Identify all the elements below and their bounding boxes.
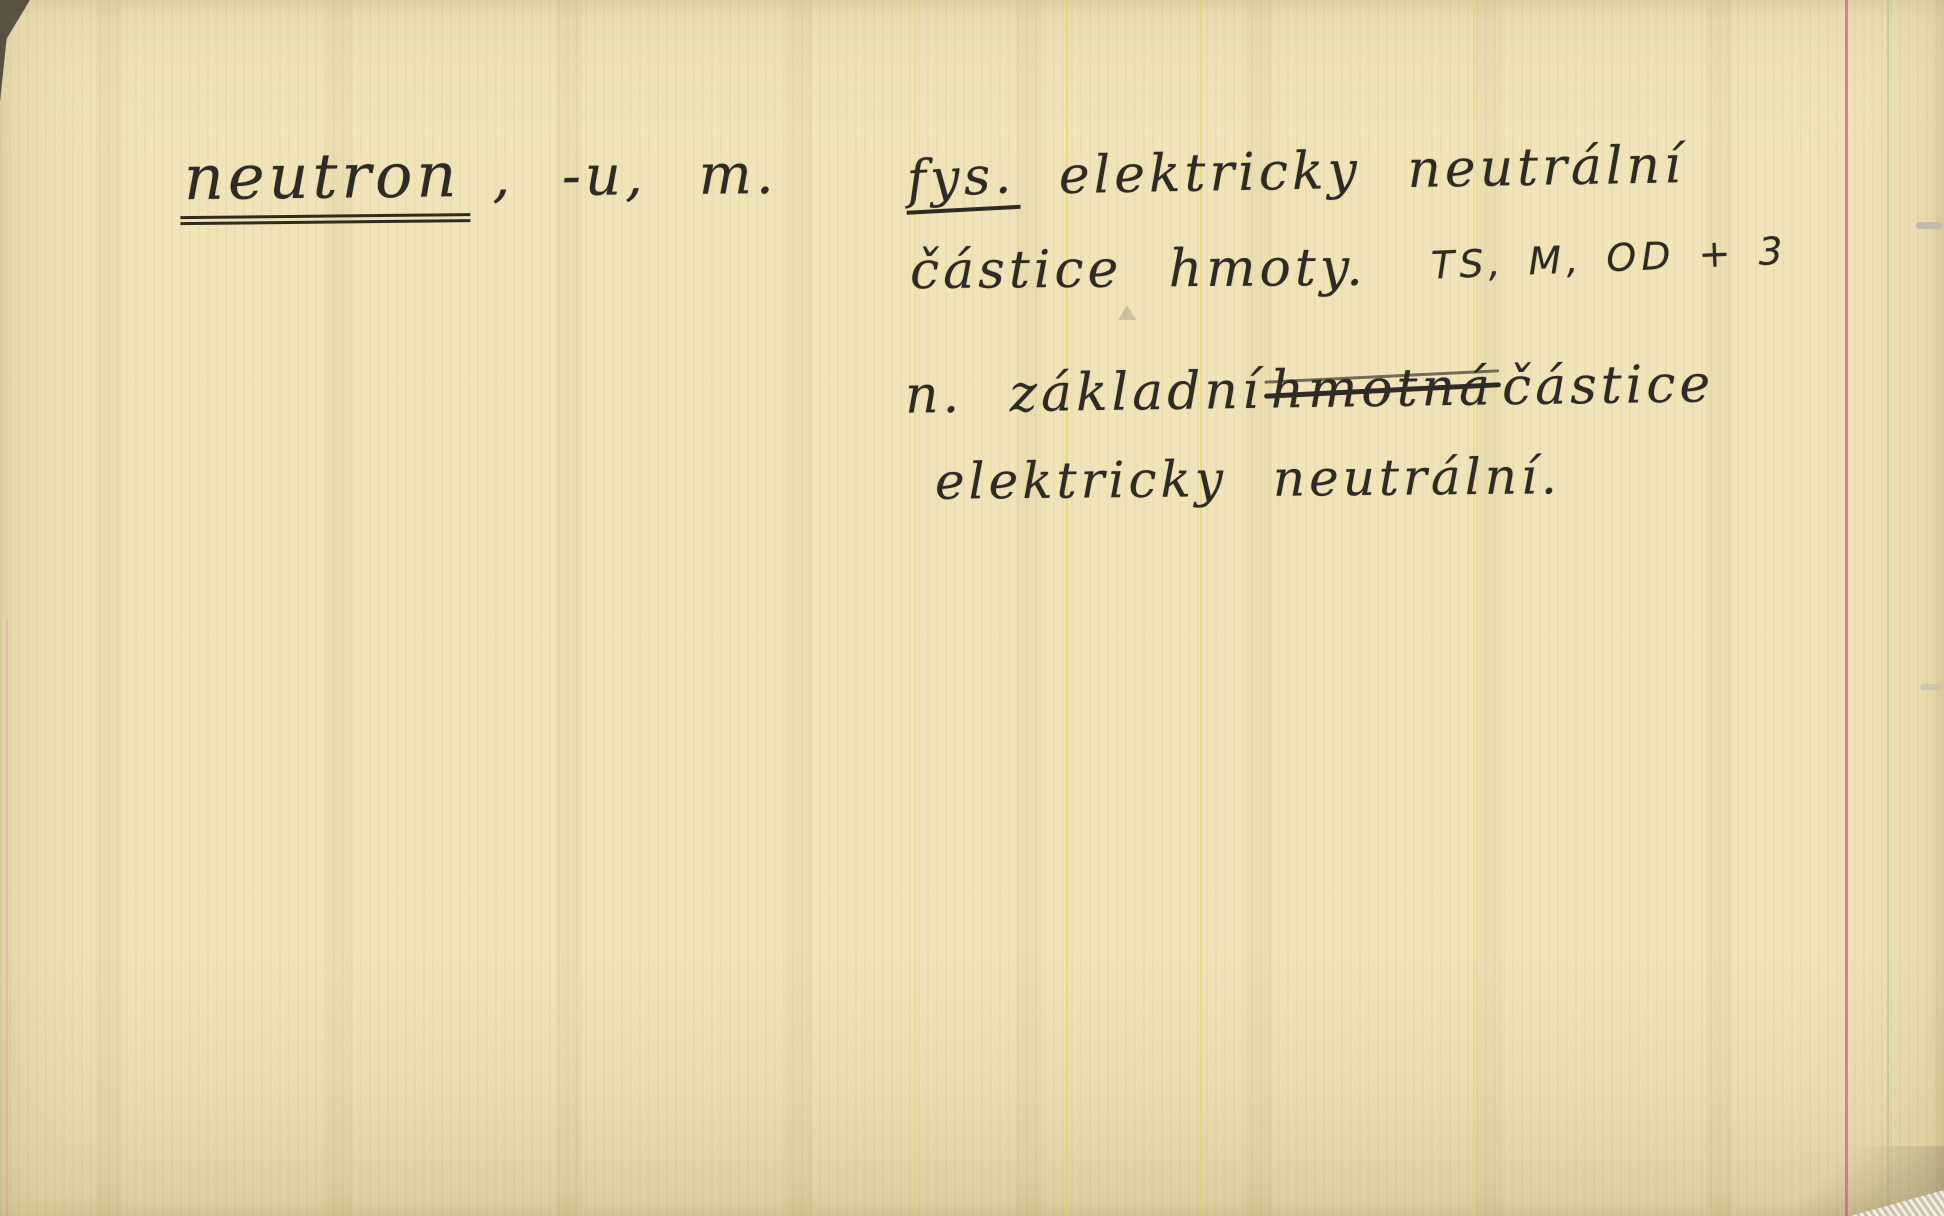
headword: neutron bbox=[180, 138, 471, 225]
definition-line-1: fys.elektricky neutrální bbox=[905, 135, 1686, 213]
domain-label: fys. bbox=[903, 145, 1020, 215]
definition-text-3a: n. základní bbox=[905, 361, 1263, 426]
ruled-line-vertical-pink bbox=[1845, 0, 1848, 1216]
left-edge-pink-line bbox=[6, 620, 8, 1216]
scan-mark-right-edge-1 bbox=[1916, 222, 1942, 229]
scan-corner-artifact-top-left bbox=[0, 0, 30, 102]
ruled-line-vertical-green bbox=[1887, 0, 1889, 1216]
definition-text-2: částice hmoty. bbox=[910, 238, 1367, 301]
definition-text-3b: částice bbox=[1502, 354, 1715, 417]
gender-abbreviation: m. bbox=[698, 142, 778, 208]
definition-line-2: částice hmoty.TS, M, OD + 3 bbox=[910, 235, 1788, 301]
paper-artifact-triangle bbox=[1118, 305, 1136, 320]
definition-line-4: elektricky neutrální. bbox=[935, 447, 1561, 510]
struck-word: hmotná bbox=[1270, 357, 1494, 420]
definition-line-3: n. základníhmotnáčástice bbox=[905, 354, 1715, 425]
definition-text-4: elektricky neutrální. bbox=[935, 447, 1561, 510]
index-card-scan: neutron, -u,m. fys.elektricky neutrální … bbox=[0, 0, 1944, 1216]
grammar-ending: , -u, bbox=[492, 143, 647, 210]
scan-mark-right-edge-2 bbox=[1920, 684, 1942, 690]
definition-text-1: elektricky neutrální bbox=[1058, 135, 1685, 206]
entry-headline: neutron, -u,m. bbox=[180, 135, 779, 225]
source-codes: TS, M, OD + 3 bbox=[1430, 229, 1788, 288]
